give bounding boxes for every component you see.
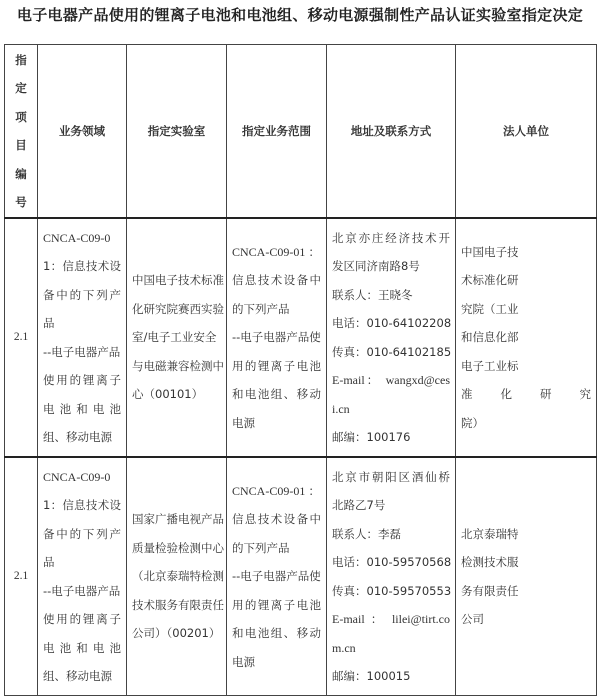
text-line: 备中的下列产 [43,281,121,310]
text-line: CNCA-C09-01 ： [232,477,321,506]
text-line: 公司）（00201） [132,619,221,648]
fax: 传真：010-64102185 [332,338,450,367]
text-line: 备中的下列产 [43,520,121,549]
text-line: CNCA-C09-01 ： [232,238,321,267]
header-legal-entity: 法人单位 [456,45,597,219]
text-line: 检测技术服 [461,548,591,577]
contact-person: 联系人：王晓冬 [332,281,450,310]
postcode: 邮编：100176 [332,423,450,452]
text-line: 心（00101） [132,380,221,409]
text-line: 化研究院赛西实验 [132,295,221,324]
text-line: 的下列产品 [232,534,321,563]
designated-scope-cell: CNCA-C09-01 ： 信息技术设备中 的下列产品 --电子电器产品使 用的… [227,218,327,457]
text-line: 组、移动电源 [43,662,121,691]
header-business-field: 业务领域 [38,45,127,219]
address-line: 北京市朝阳区酒仙桥 [332,463,450,492]
email-cont: m.cn [332,634,450,663]
document-title: 电子电器产品使用的锂离子电池和电池组、移动电源强制性产品认证实验室指定决定 [0,5,600,25]
text-line: 信息技术设备中 [232,505,321,534]
text-line: --电子电器产品 [43,338,121,367]
header-char: 定 [10,74,32,103]
table-row: 2.1 CNCA-C09-0 1：信息技术设 备中的下列产 品 --电子电器产品… [5,218,597,457]
designated-lab-cell: 国家广播电视产品 质量检验检测中心 （北京泰瑞特检测 技术服务有限责任 公司）（… [127,457,227,696]
header-char: 目 [10,131,32,160]
item-no-cell: 2.1 [5,457,38,696]
fax: 传真：010-59570553 [332,577,450,606]
address-line: 发区同济南路8号 [332,252,450,281]
email: E-mail： wangxd@ces [332,366,450,395]
text-line: 和信息化部 [461,323,591,352]
table-row: 2.1 CNCA-C09-0 1：信息技术设 备中的下列产 品 --电子电器产品… [5,457,597,696]
text-line: 用的锂离子电池 [232,352,321,381]
text-line: --电子电器产品使 [232,323,321,352]
text-line: 品 [43,548,121,577]
text-line: 公司 [461,605,591,634]
text-line: --电子电器产品使 [232,562,321,591]
address-contact-cell: 北京亦庄经济技术开 发区同济南路8号 联系人：王晓冬 电话：010-641022… [327,218,456,457]
legal-entity-cell: 中国电子技 术标准化研 究院（工业 和信息化部 电子工业标 准化研究 院） [456,218,597,457]
text-line: 中国电子技 [461,238,591,267]
text-line: 院） [461,409,591,438]
header-char: 号 [10,188,32,217]
text-line: 品 [43,309,121,338]
header-item-no: 指 定 项 目 编 号 [5,45,38,219]
text-line: 使用的锂离子 [43,366,121,395]
designated-lab-cell: 中国电子技术标准 化研究院赛西实验 室/电子工业安全 与电磁兼容检测中 心（00… [127,218,227,457]
text-line: 室/电子工业安全 [132,323,221,352]
address-contact-cell: 北京市朝阳区酒仙桥 北路乙7号 联系人：李磊 电话：010-59570568 传… [327,457,456,696]
text-line: 电池和电池 [43,634,121,663]
text-line: 信息技术设备中 [232,266,321,295]
text-line: 与电磁兼容检测中 [132,352,221,381]
header-char: 项 [10,103,32,132]
address-line: 北京亦庄经济技术开 [332,224,450,253]
header-designated-lab: 指定实验室 [127,45,227,219]
text-line: 组、移动电源 [43,423,121,452]
lab-designation-table: 指 定 项 目 编 号 业务领域 指定实验室 指定业务范围 地址及联系方式 法人… [4,44,597,696]
business-field-cell: CNCA-C09-0 1：信息技术设 备中的下列产 品 --电子电器产品 使用的… [38,457,127,696]
text-line: 术标准化研 [461,266,591,295]
text-line: 电池和电池 [43,395,121,424]
text-line: 电源 [232,648,321,677]
text-line: 务有限责任 [461,577,591,606]
business-field-cell: CNCA-C09-0 1：信息技术设 备中的下列产 品 --电子电器产品 使用的… [38,218,127,457]
header-char: 指 [10,46,32,75]
text-line: 准化研究 [461,380,591,409]
email-cont: i.cn [332,395,450,424]
phone: 电话：010-59570568 [332,548,450,577]
table-header-row: 指 定 项 目 编 号 业务领域 指定实验室 指定业务范围 地址及联系方式 法人… [5,45,597,219]
text-line: 的下列产品 [232,295,321,324]
postcode: 邮编：100015 [332,662,450,691]
text-line: 使用的锂离子 [43,605,121,634]
text-line: 究院（工业 [461,295,591,324]
text-line: 技术服务有限责任 [132,591,221,620]
text-line: 1：信息技术设 [43,252,121,281]
text-line: 用的锂离子电池 [232,591,321,620]
text-line: 国家广播电视产品 [132,505,221,534]
header-address-contact: 地址及联系方式 [327,45,456,219]
header-char: 编 [10,160,32,189]
text-line: 和电池组、移动 [232,619,321,648]
item-no-cell: 2.1 [5,218,38,457]
text-line: （北京泰瑞特检测 [132,562,221,591]
phone: 电话：010-64102208 [332,309,450,338]
text-line: 中国电子技术标准 [132,266,221,295]
text-line: CNCA-C09-0 [43,224,121,253]
address-line: 北路乙7号 [332,491,450,520]
email: E-mail ： lilei@tirt.co [332,605,450,634]
header-designated-scope: 指定业务范围 [227,45,327,219]
text-line: --电子电器产品 [43,577,121,606]
text-line: 和电池组、移动 [232,380,321,409]
text-line: 北京泰瑞特 [461,520,591,549]
text-line: 1：信息技术设 [43,491,121,520]
contact-person: 联系人：李磊 [332,520,450,549]
designated-scope-cell: CNCA-C09-01 ： 信息技术设备中 的下列产品 --电子电器产品使 用的… [227,457,327,696]
text-line: 电子工业标 [461,352,591,381]
text-line: CNCA-C09-0 [43,463,121,492]
legal-entity-cell: 北京泰瑞特 检测技术服 务有限责任 公司 [456,457,597,696]
text-line: 质量检验检测中心 [132,534,221,563]
text-line: 电源 [232,409,321,438]
